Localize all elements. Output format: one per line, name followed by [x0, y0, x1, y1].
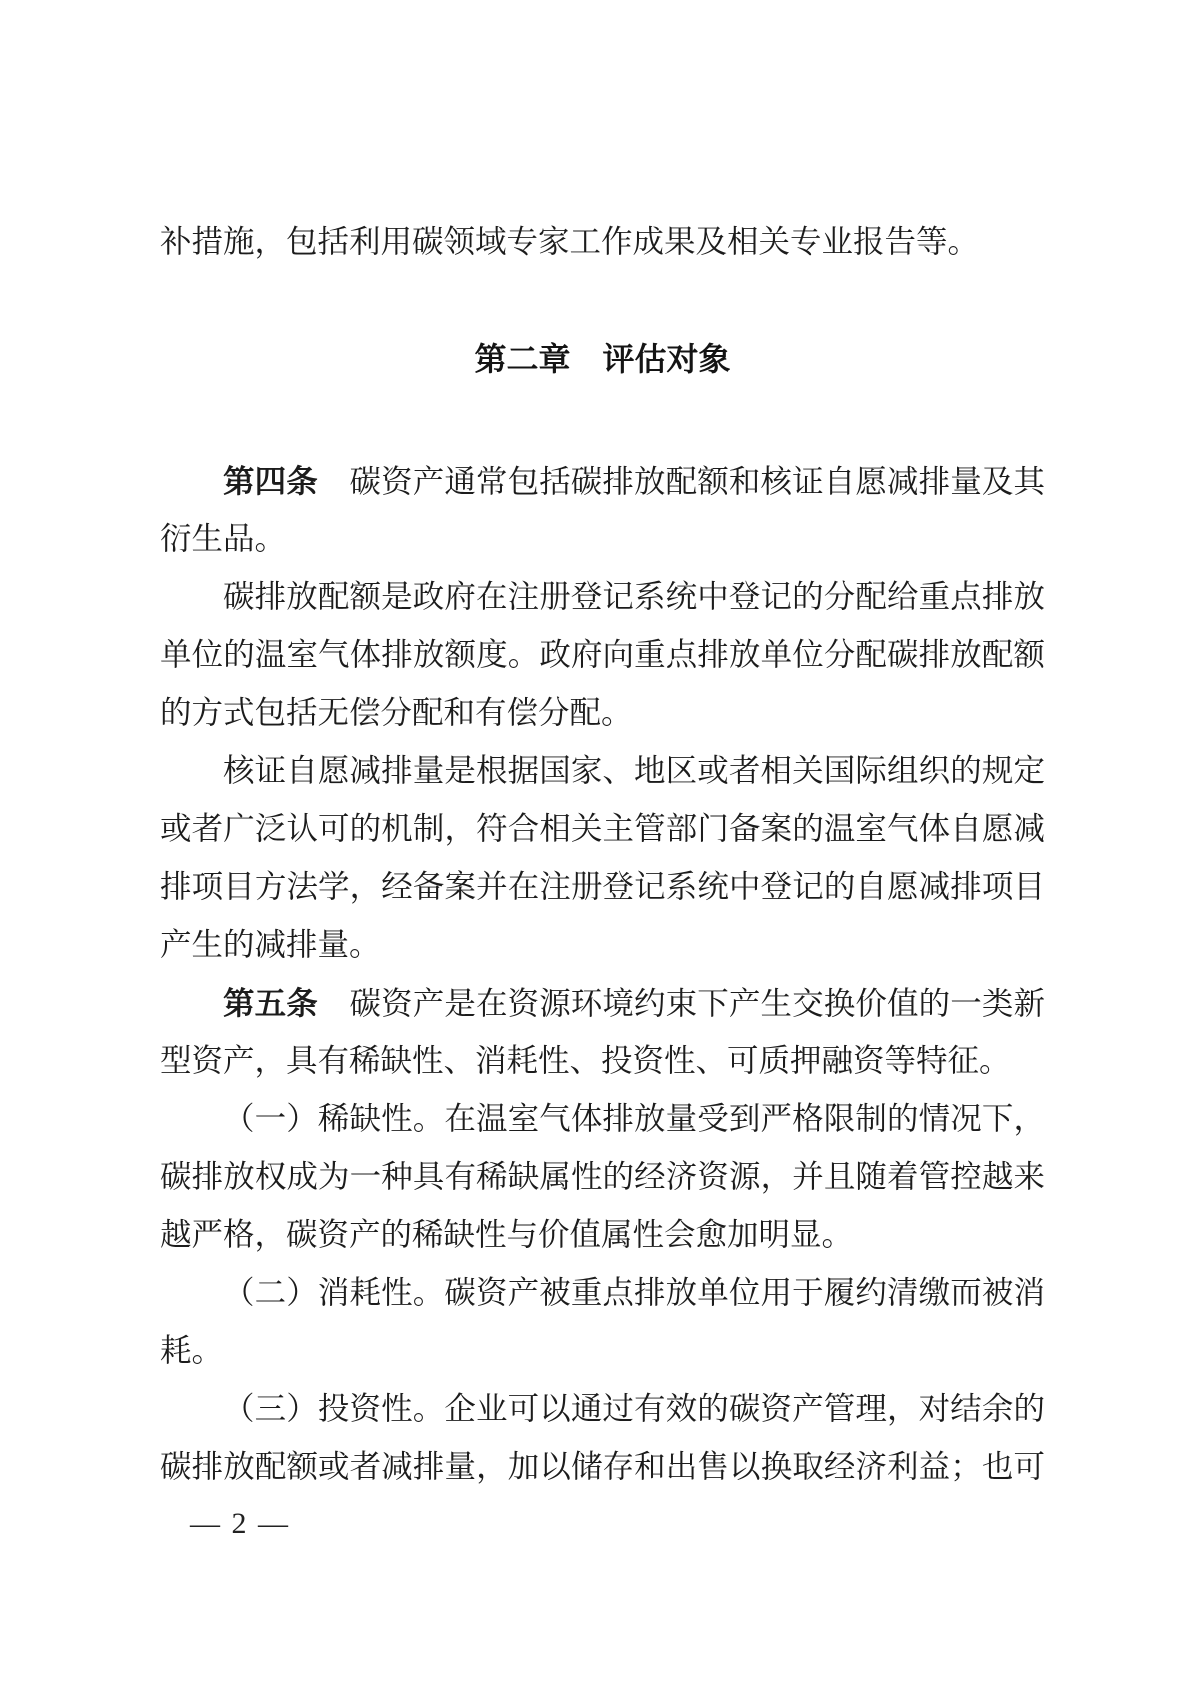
text-line-body: 碳资产是在资源环境约束下产生交换价值的一类新 [318, 986, 1045, 1021]
text-line: 碳排放权成为一种具有稀缺属性的经济资源，并且随着管控越来 [160, 1148, 1045, 1206]
text-line: 碳排放配额是政府在注册登记系统中登记的分配给重点排放 [160, 568, 1045, 626]
text-block: 补措施，包括利用碳领域专家工作成果及相关专业报告等。 第二章 评估对象 第四条 … [160, 213, 1045, 1496]
article-number-label: 第四条 [223, 463, 318, 499]
text-line: 第五条 碳资产是在资源环境约束下产生交换价值的一类新 [160, 974, 1045, 1032]
text-line: 产生的减排量。 [160, 916, 1045, 974]
text-line: 单位的温室气体排放额度。政府向重点排放单位分配碳排放配额 [160, 626, 1045, 684]
text-line: （一）稀缺性。在温室气体排放量受到严格限制的情况下， [160, 1090, 1045, 1148]
text-line: 补措施，包括利用碳领域专家工作成果及相关专业报告等。 [160, 213, 1045, 271]
text-line: 碳排放配额或者减排量，加以储存和出售以换取经济利益；也可 [160, 1438, 1045, 1496]
text-line: 型资产，具有稀缺性、消耗性、投资性、可质押融资等特征。 [160, 1032, 1045, 1090]
text-line: 第四条 碳资产通常包括碳排放配额和核证自愿减排量及其 [160, 452, 1045, 510]
page-number: — 2 — [190, 1502, 290, 1546]
text-line: 越严格，碳资产的稀缺性与价值属性会愈加明显。 [160, 1206, 1045, 1264]
text-line: 核证自愿减排量是根据国家、地区或者相关国际组织的规定 [160, 742, 1045, 800]
text-line: 耗。 [160, 1322, 1045, 1380]
text-line: （二）消耗性。碳资产被重点排放单位用于履约清缴而被消 [160, 1264, 1045, 1322]
text-line: 排项目方法学，经备案并在注册登记系统中登记的自愿减排项目 [160, 858, 1045, 916]
text-line: 衍生品。 [160, 510, 1045, 568]
text-line-body: 碳资产通常包括碳排放配额和核证自愿减排量及其 [318, 464, 1045, 499]
article-number-label: 第五条 [223, 985, 318, 1021]
text-line: 的方式包括无偿分配和有偿分配。 [160, 684, 1045, 742]
text-line: （三）投资性。企业可以通过有效的碳资产管理，对结余的 [160, 1380, 1045, 1438]
chapter-heading: 第二章 评估对象 [160, 330, 1045, 388]
text-line: 或者广泛认可的机制，符合相关主管部门备案的温室气体自愿减 [160, 800, 1045, 858]
document-page: 补措施，包括利用碳领域专家工作成果及相关专业报告等。 第二章 评估对象 第四条 … [0, 0, 1200, 1697]
